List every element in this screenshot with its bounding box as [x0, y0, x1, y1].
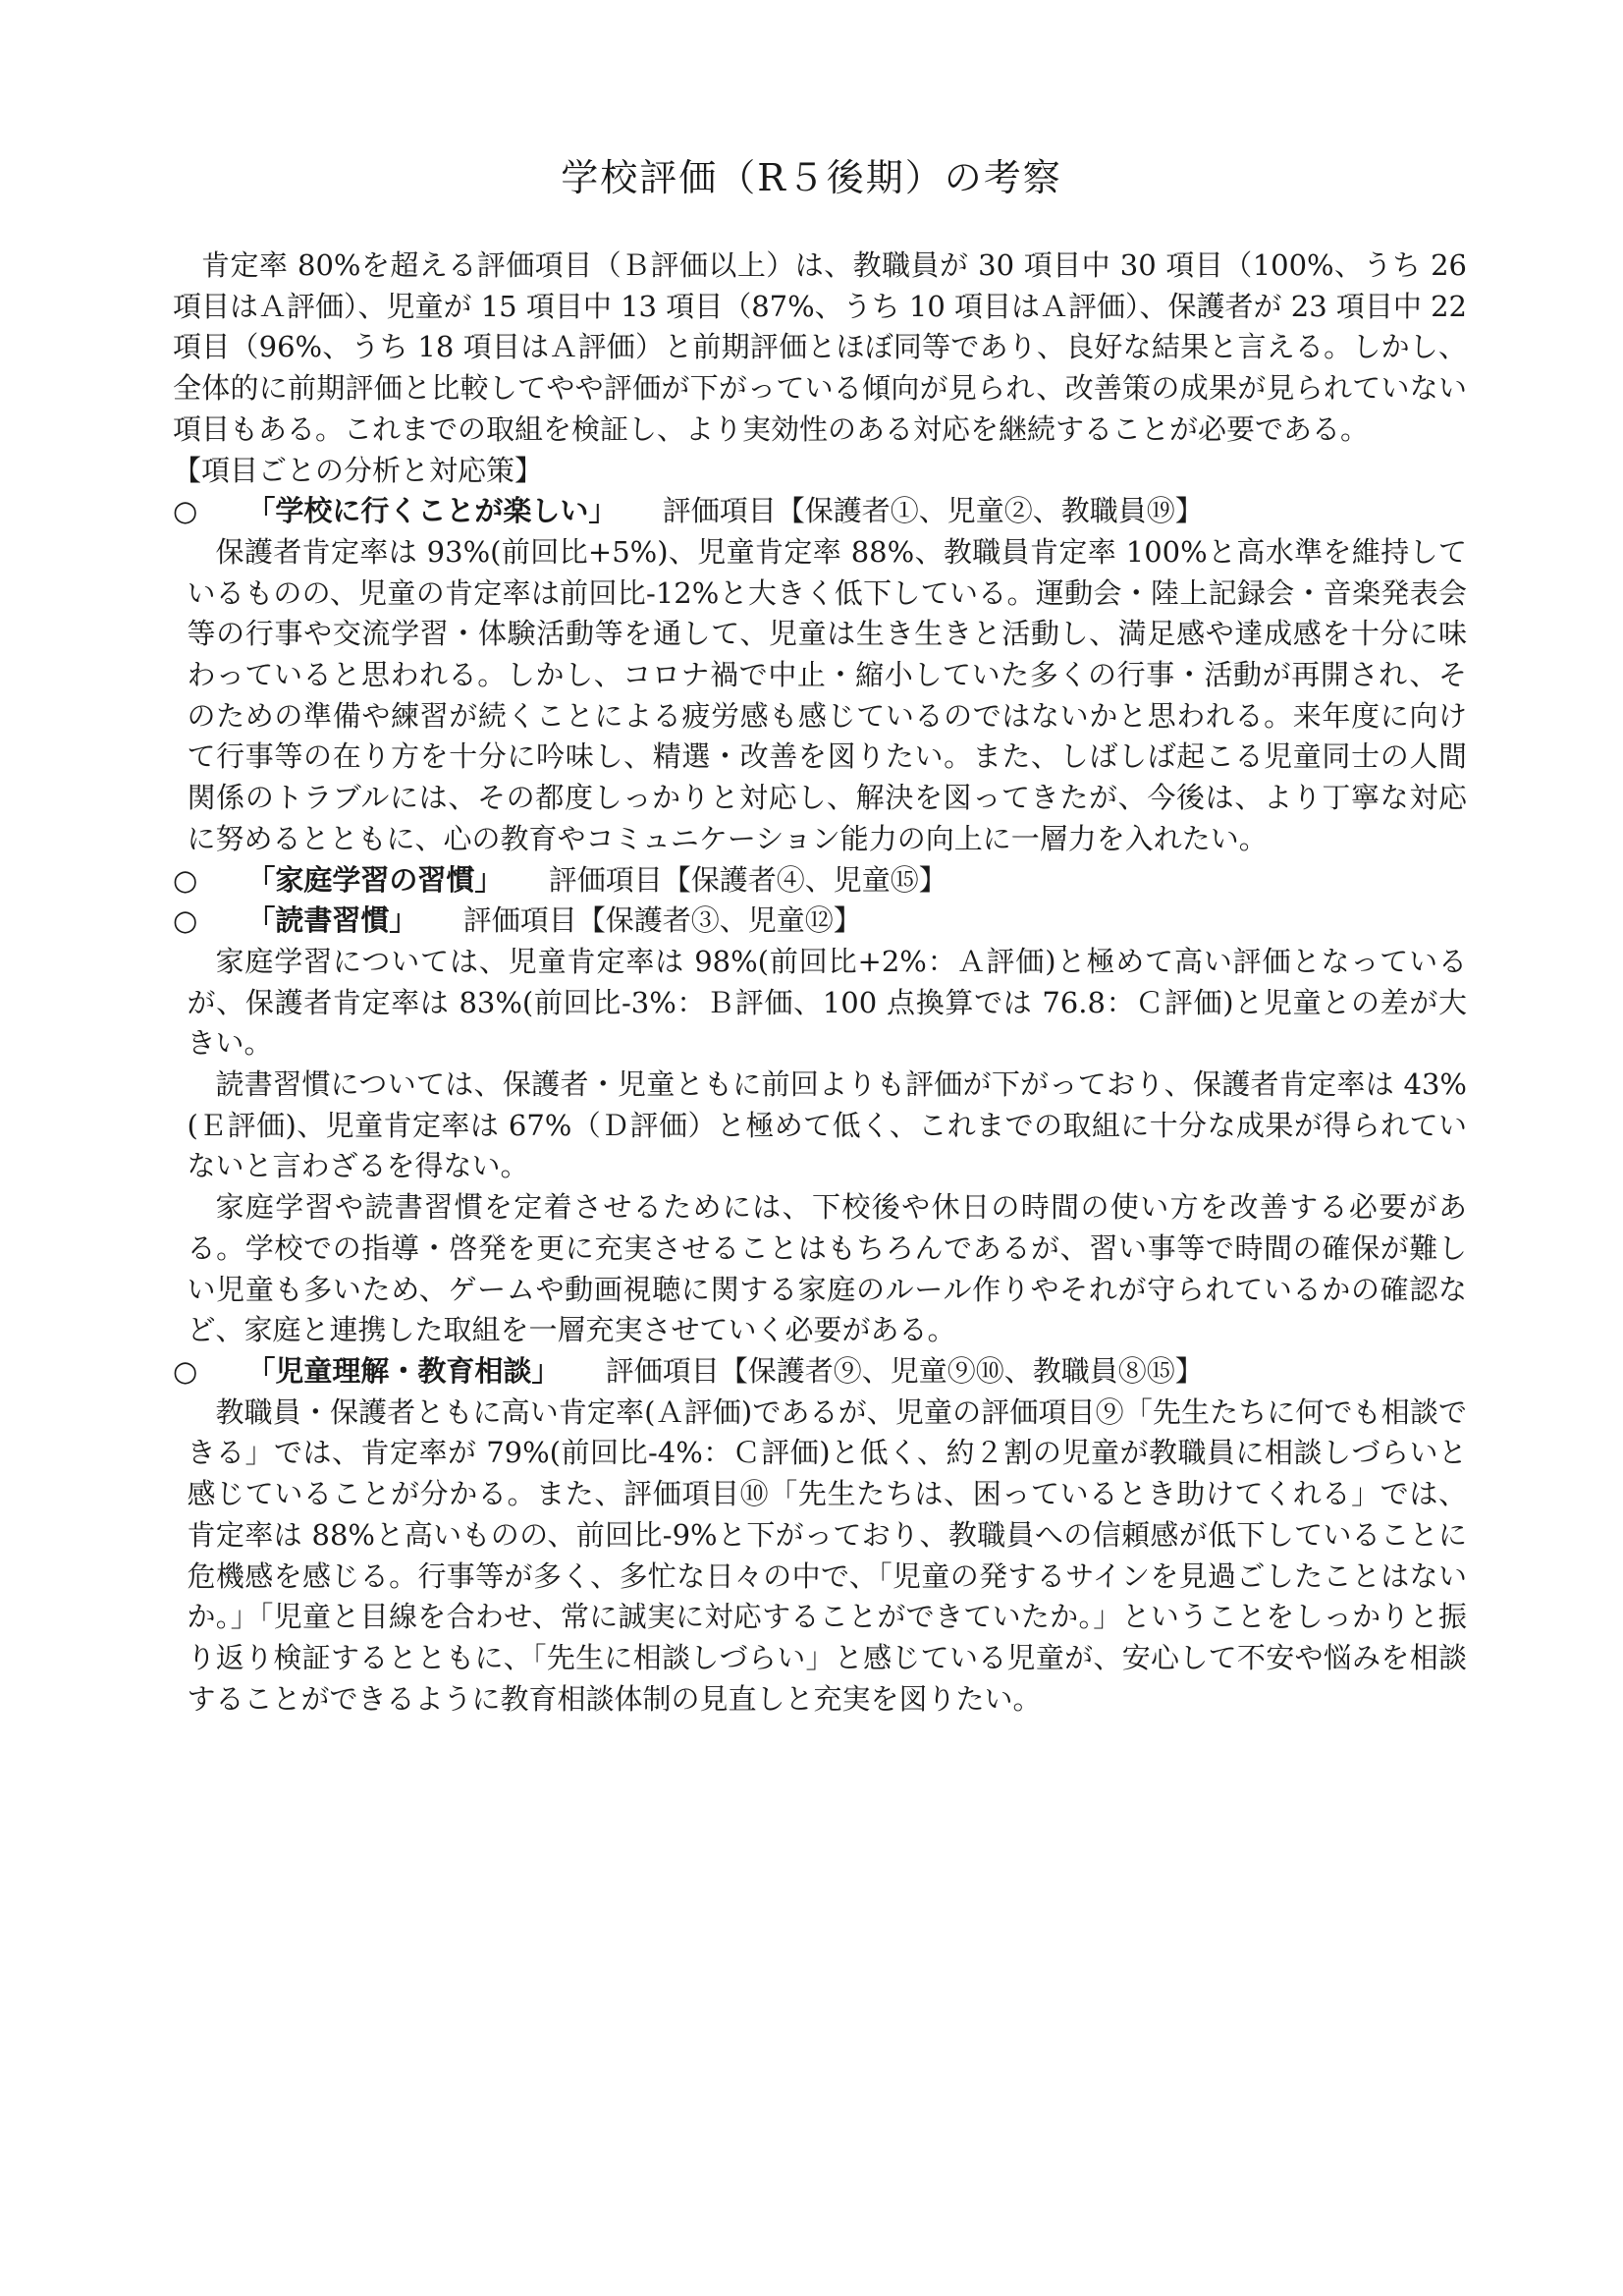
- document-page: 学校評価（R５後期）の考察 肯定率 80%を超える評価項目（Ｂ評価以上）は、教職…: [0, 0, 1623, 2296]
- item-title: 「読書習慣」: [246, 901, 417, 942]
- section-paragraph: 家庭学習や読書習慣を定着させるためには、下校後や休日の時間の使い方を改善する必要…: [188, 1187, 1468, 1351]
- section-paragraph: 教職員・保護者ともに高い肯定率(Ａ評価)であるが、児童の評価項目⑨「先生たちに何…: [188, 1393, 1468, 1721]
- section-heading: ○ 「児童理解・教育相談」 評価項目【保護者⑨、児童⑨⑩、教職員⑧⑮】: [173, 1351, 1467, 1393]
- section-heading: ○ 「家庭学習の習慣」 評価項目【保護者④、児童⑮】: [173, 860, 1467, 902]
- section-student-understanding: ○ 「児童理解・教育相談」 評価項目【保護者⑨、児童⑨⑩、教職員⑧⑮】 教職員・…: [173, 1351, 1467, 1720]
- item-reference: 評価項目【保護者①、児童②、教職員⑲】: [663, 491, 1204, 532]
- section-home-study-reading: ○ 「家庭学習の習慣」 評価項目【保護者④、児童⑮】 ○ 「読書習慣」 評価項目…: [173, 860, 1467, 1351]
- section-heading: ○ 「読書習慣」 評価項目【保護者③、児童⑫】: [173, 901, 1467, 942]
- circle-bullet-icon: ○: [173, 860, 246, 902]
- circle-bullet-icon: ○: [173, 901, 246, 942]
- item-title: 「児童理解・教育相談」: [246, 1351, 560, 1393]
- circle-bullet-icon: ○: [173, 1351, 246, 1393]
- section-heading: ○ 「学校に行くことが楽しい」 評価項目【保護者①、児童②、教職員⑲】: [173, 491, 1467, 532]
- section-paragraph: 保護者肯定率は 93%(前回比+5%)、児童肯定率 88%、教職員肯定率 100…: [188, 532, 1468, 860]
- item-title: 「学校に行くことが楽しい」: [246, 491, 617, 532]
- section-label: 【項目ごとの分析と対応策】: [173, 451, 1467, 492]
- circle-bullet-icon: ○: [173, 491, 246, 532]
- section-paragraph: 家庭学習については、児童肯定率は 98%(前回比+2%：Ａ評価)と極めて高い評価…: [188, 942, 1468, 1065]
- intro-paragraph: 肯定率 80%を超える評価項目（Ｂ評価以上）は、教職員が 30 項目中 30 項…: [173, 246, 1467, 451]
- item-reference: 評価項目【保護者③、児童⑫】: [463, 901, 862, 942]
- section-school-enjoyment: ○ 「学校に行くことが楽しい」 評価項目【保護者①、児童②、教職員⑲】 保護者肯…: [173, 491, 1467, 859]
- item-reference: 評価項目【保護者④、児童⑮】: [549, 860, 947, 902]
- item-title: 「家庭学習の習慣」: [246, 860, 503, 902]
- item-reference: 評価項目【保護者⑨、児童⑨⑩、教職員⑧⑮】: [606, 1351, 1204, 1393]
- section-paragraph: 読書習慣については、保護者・児童ともに前回よりも評価が下がっており、保護者肯定率…: [188, 1065, 1468, 1187]
- document-body: 肯定率 80%を超える評価項目（Ｂ評価以上）は、教職員が 30 項目中 30 項…: [173, 246, 1467, 1720]
- document-title: 学校評価（R５後期）の考察: [0, 147, 1623, 201]
